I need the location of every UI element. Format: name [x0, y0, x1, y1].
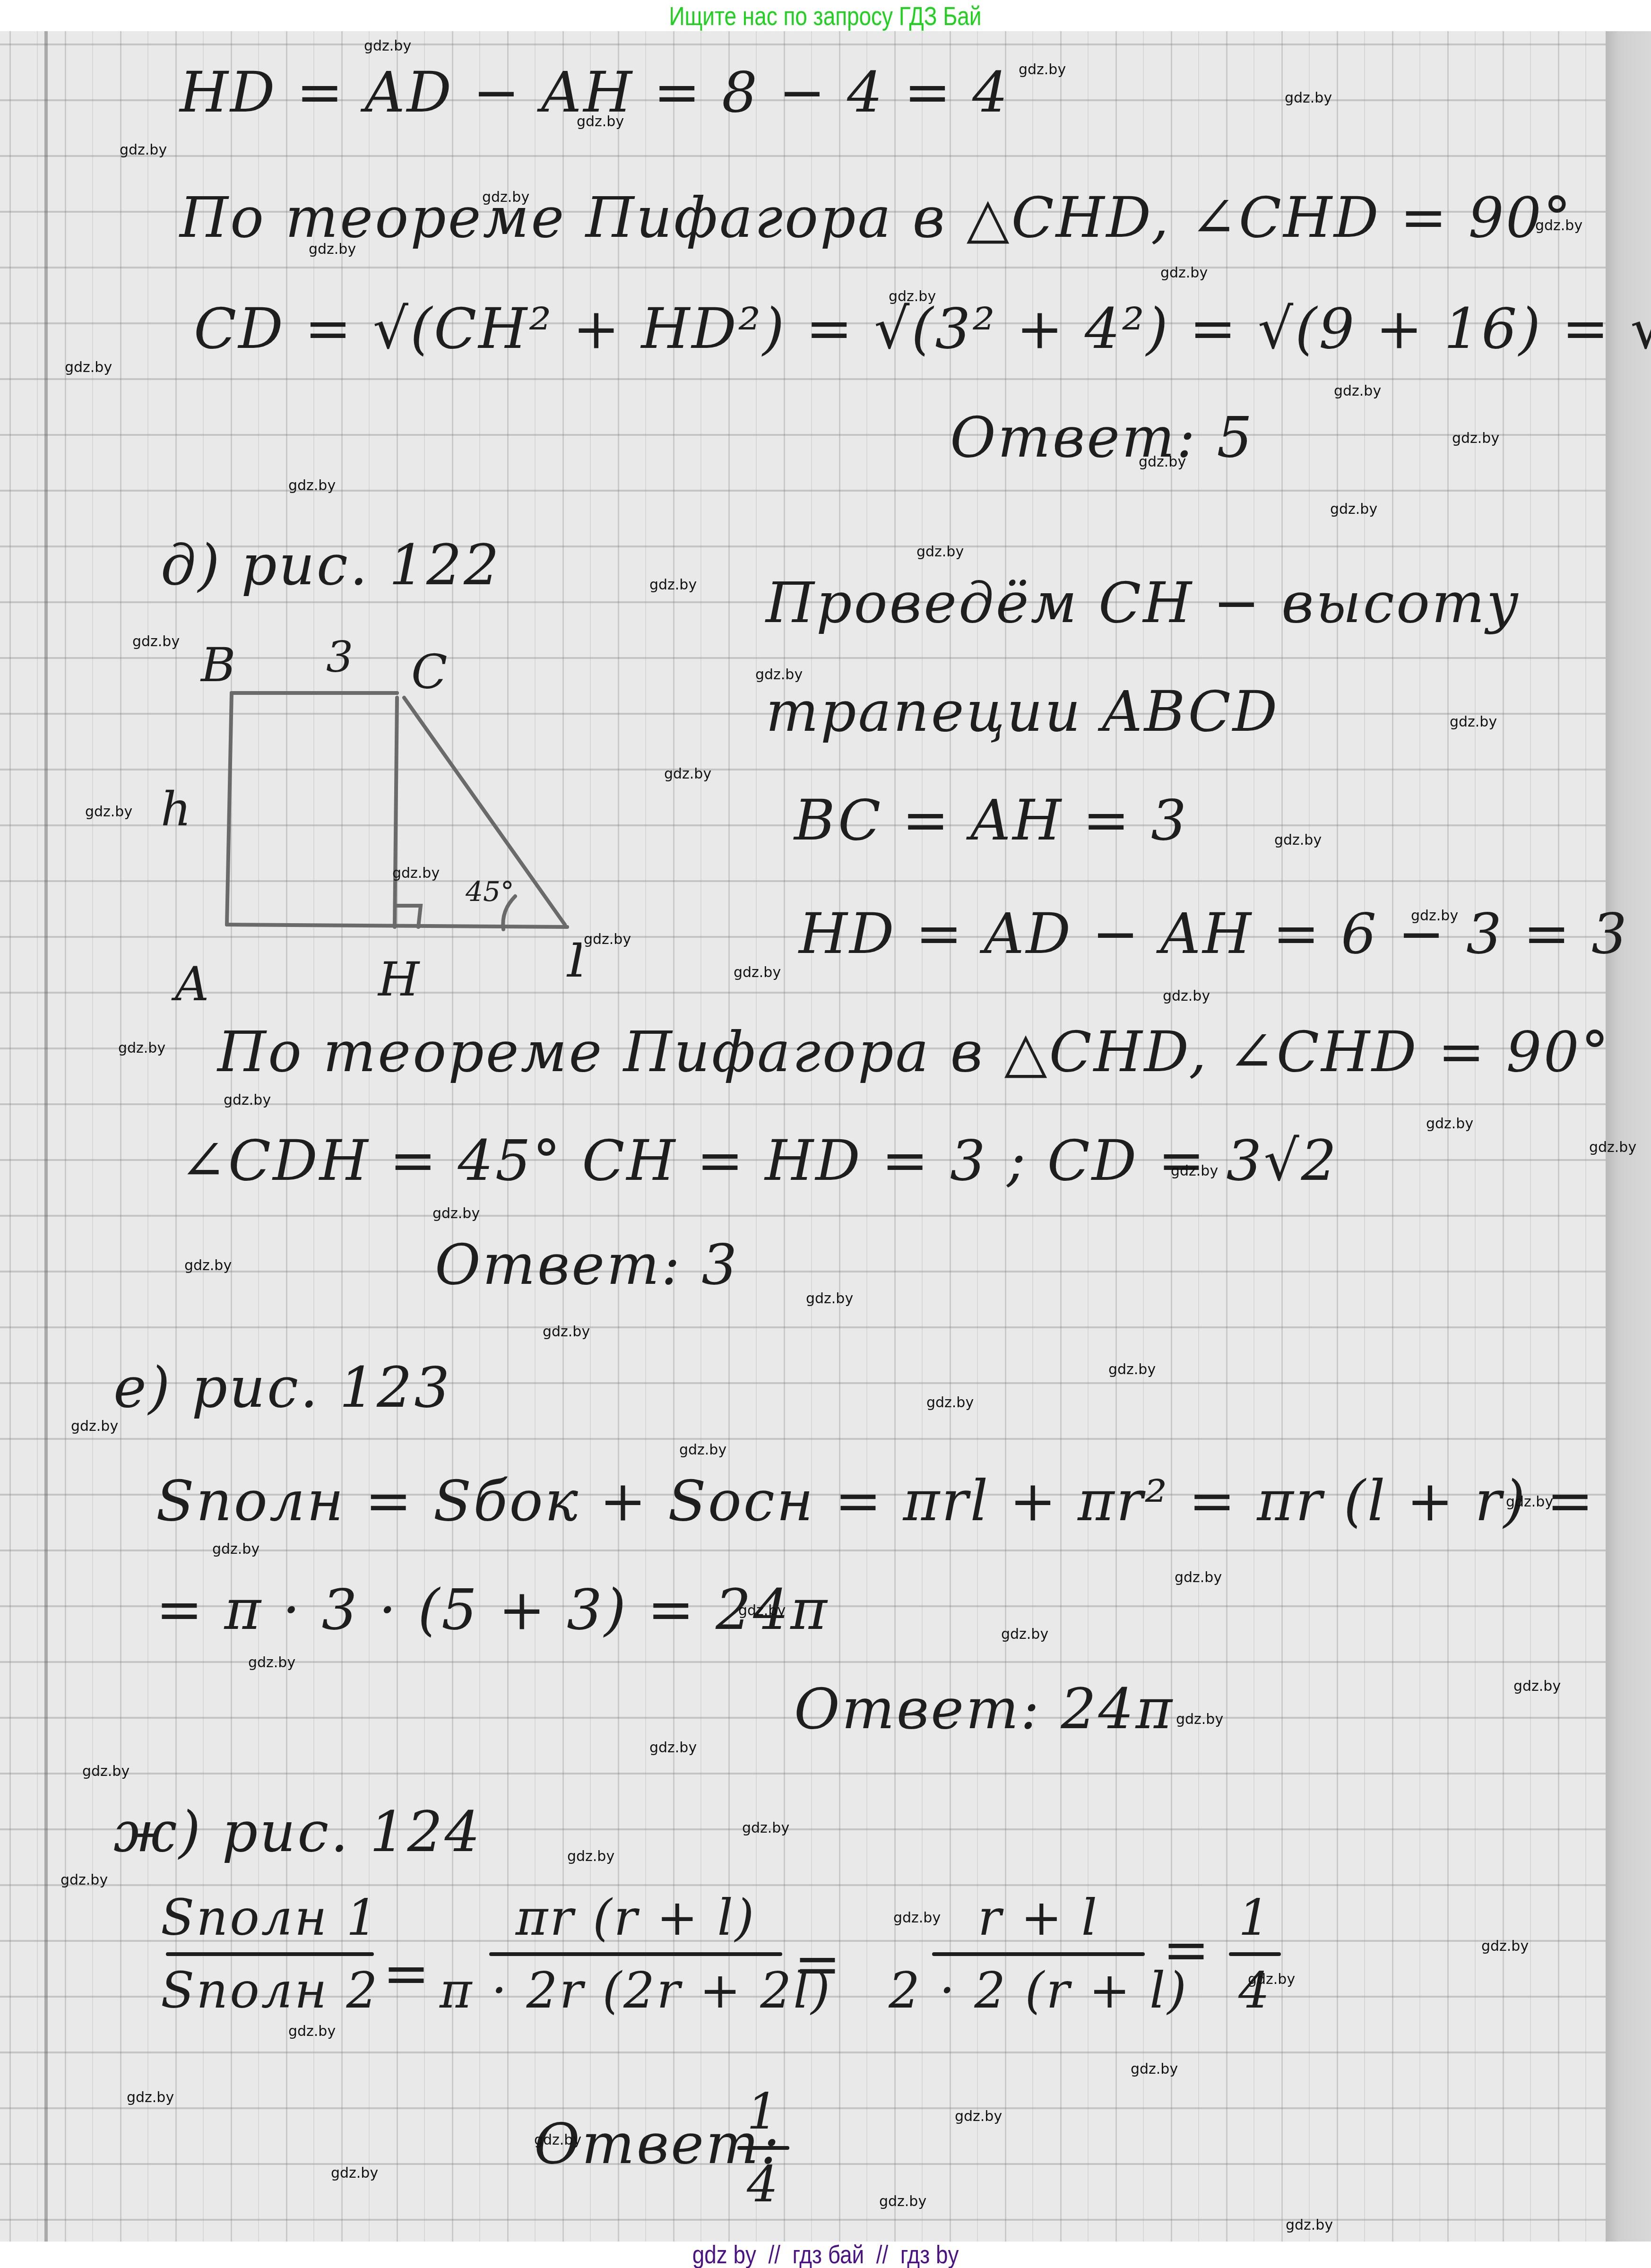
- label-h-point: H: [377, 952, 420, 1005]
- watermark: gdz.by: [742, 1820, 789, 1836]
- watermark: gdz.by: [224, 1092, 271, 1108]
- fraction-denominator: 4: [1238, 1962, 1271, 2019]
- fraction-numerator: r + l: [978, 1889, 1099, 1947]
- watermark: gdz.by: [65, 359, 112, 376]
- watermark: gdz.by: [738, 1602, 786, 1619]
- label-a: A: [171, 956, 209, 1005]
- fraction-numerator: Sполн 1: [161, 1889, 380, 1947]
- equals-sign: =: [1163, 1917, 1211, 1982]
- watermark: gdz.by: [1171, 1163, 1218, 1179]
- watermark: gdz.by: [1589, 1139, 1636, 1156]
- watermark: gdz.by: [331, 2165, 378, 2181]
- label-top-length: 3: [326, 632, 353, 682]
- watermark: gdz.by: [71, 1418, 118, 1435]
- watermark: gdz.by: [1513, 1678, 1561, 1695]
- draw-height-text: Проведём CH − высоту: [766, 570, 1521, 635]
- cdh-equation: ∠CDH = 45° CH = HD = 3 ; CD = 3√2: [180, 1128, 1339, 1193]
- surface-area-formula: Sполн = Sбок + Sосн = πrl + πr² = πr (l …: [156, 1468, 1595, 1533]
- watermark: gdz.by: [926, 1394, 974, 1411]
- label-b: B: [200, 637, 236, 693]
- fraction-numerator: 1: [747, 2083, 780, 2140]
- watermark: gdz.by: [1019, 61, 1066, 78]
- watermark: gdz.by: [534, 2132, 581, 2148]
- page-edge-shadow: [1606, 31, 1651, 2242]
- watermark: gdz.by: [543, 1324, 590, 1340]
- fraction-denominator: Sполн 2: [161, 1962, 380, 2019]
- fraction-area-ratio: Sполн 1 Sполн 2: [161, 1889, 380, 2019]
- equals-sign: =: [383, 1941, 432, 2006]
- notebook-page: HD = AD − AH = 8 − 4 = 4 По теореме Пифа…: [0, 31, 1651, 2242]
- watermark: gdz.by: [1452, 430, 1499, 447]
- watermark: gdz.by: [755, 667, 803, 683]
- section-d-title: д) рис. 122: [161, 532, 501, 597]
- watermark: gdz.by: [288, 477, 336, 494]
- theorem-line: По теореме Пифагора в △CHD, ∠CHD = 90°: [180, 185, 1573, 250]
- trapezoid-name-text: трапеции ABCD: [766, 679, 1279, 744]
- fraction-denominator: 2 · 2 (r + l): [889, 1962, 1188, 2019]
- watermark: gdz.by: [118, 1040, 165, 1056]
- watermark: gdz.by: [1535, 217, 1582, 234]
- watermark: gdz.by: [1176, 1711, 1223, 1728]
- cd-equation-line: CD = √(CH² + HD²) = √(3² + 4²) = √(9 + 1…: [194, 296, 1651, 361]
- theorem-line-d: По теореме Пифагора в △CHD, ∠CHD = 90°: [217, 1019, 1611, 1084]
- fraction-result: 1 4: [1229, 1889, 1281, 2019]
- fraction-denominator: π · 2r (2r + 2l): [440, 1962, 832, 2019]
- margin-line: [44, 31, 48, 2242]
- watermark: gdz.by: [482, 189, 529, 206]
- watermark: gdz.by: [806, 1290, 853, 1307]
- watermark: gdz.by: [85, 804, 132, 820]
- watermark: gdz.by: [567, 1848, 614, 1865]
- watermark: gdz.by: [248, 1654, 295, 1671]
- watermark: gdz.by: [1285, 90, 1332, 106]
- watermark: gdz.by: [584, 931, 631, 948]
- watermark: gdz.by: [212, 1541, 259, 1558]
- trapezoid-diagram: B 3 C h 45° A H D: [156, 627, 581, 1005]
- watermark: gdz.by: [1139, 454, 1186, 470]
- watermark: gdz.by: [1330, 501, 1377, 518]
- bottom-footer: gdz by // гдз бай // гдз by: [0, 2242, 1651, 2268]
- watermark: gdz.by: [1274, 832, 1322, 848]
- watermark: gdz.by: [309, 241, 356, 258]
- watermark: gdz.by: [879, 2193, 926, 2210]
- answer-d: Ответ: 3: [435, 1232, 739, 1297]
- watermark: gdz.by: [1411, 908, 1458, 924]
- hd-equation-d: HD = AD − AH = 6 − 3 = 3: [799, 901, 1629, 966]
- watermark: gdz.by: [184, 1257, 232, 1274]
- watermark: gdz.by: [1160, 265, 1208, 281]
- watermark: gdz.by: [1163, 988, 1210, 1004]
- watermark: gdz.by: [889, 288, 936, 305]
- label-angle: 45°: [465, 875, 514, 908]
- watermark: gdz.by: [1108, 1361, 1156, 1378]
- fraction-formula: πr (r + l) π · 2r (2r + 2l): [440, 1889, 832, 2019]
- watermark: gdz.by: [734, 964, 781, 981]
- watermark: gdz.by: [955, 2108, 1002, 2125]
- watermark: gdz.by: [916, 544, 964, 560]
- label-d: D: [566, 933, 581, 988]
- watermark: gdz.by: [1131, 2061, 1178, 2078]
- watermark: gdz.by: [392, 865, 440, 882]
- section-zh-title: ж) рис. 124: [113, 1799, 482, 1864]
- watermark: gdz.by: [288, 2023, 336, 2040]
- watermark: gdz.by: [61, 1872, 108, 1888]
- watermark: gdz.by: [132, 633, 180, 650]
- footer-text: gdz by // гдз бай // гдз by: [692, 2240, 959, 2268]
- watermark: gdz.by: [577, 113, 624, 130]
- top-banner: Ищите нас по запросу ГДЗ Бай: [0, 0, 1651, 31]
- watermark: gdz.by: [893, 1910, 941, 1926]
- label-c: C: [411, 644, 448, 700]
- watermark: gdz.by: [82, 1763, 130, 1780]
- watermark: gdz.by: [432, 1205, 480, 1222]
- watermark: gdz.by: [1426, 1116, 1473, 1132]
- fraction-simplified: r + l 2 · 2 (r + l): [889, 1889, 1188, 2019]
- watermark: gdz.by: [1481, 1938, 1529, 1955]
- watermark: gdz.by: [120, 142, 167, 158]
- label-h: h: [161, 781, 191, 837]
- watermark: gdz.by: [1001, 1626, 1048, 1643]
- banner-text: Ищите нас по запросу ГДЗ Бай: [669, 0, 982, 31]
- answer-e: Ответ: 24π: [794, 1676, 1174, 1741]
- watermark: gdz.by: [664, 766, 711, 782]
- section-e-title: е) рис. 123: [113, 1355, 451, 1420]
- watermark: gdz.by: [127, 2089, 174, 2106]
- answer-prev: Ответ: 5: [950, 405, 1254, 470]
- bc-equation: BC = AH = 3: [794, 788, 1188, 853]
- watermark: gdz.by: [1450, 714, 1497, 730]
- watermark: gdz.by: [1334, 383, 1381, 399]
- watermark: gdz.by: [1248, 1971, 1295, 1988]
- answer-zh-fraction: 1 4: [737, 2083, 789, 2213]
- watermark: gdz.by: [1286, 2217, 1333, 2233]
- equals-sign: =: [794, 1931, 843, 1997]
- fraction-numerator: 1: [1238, 1889, 1271, 1947]
- watermark: gdz.by: [649, 577, 697, 593]
- fraction-numerator: πr (r + l): [516, 1889, 756, 1947]
- watermark: gdz.by: [649, 1740, 697, 1756]
- watermark: gdz.by: [1506, 1494, 1553, 1510]
- watermark: gdz.by: [679, 1442, 726, 1458]
- watermark: gdz.by: [364, 38, 411, 54]
- surface-area-calc: = π · 3 · (5 + 3) = 24π: [156, 1577, 829, 1642]
- watermark: gdz.by: [1175, 1569, 1222, 1586]
- fraction-denominator: 4: [747, 2155, 780, 2213]
